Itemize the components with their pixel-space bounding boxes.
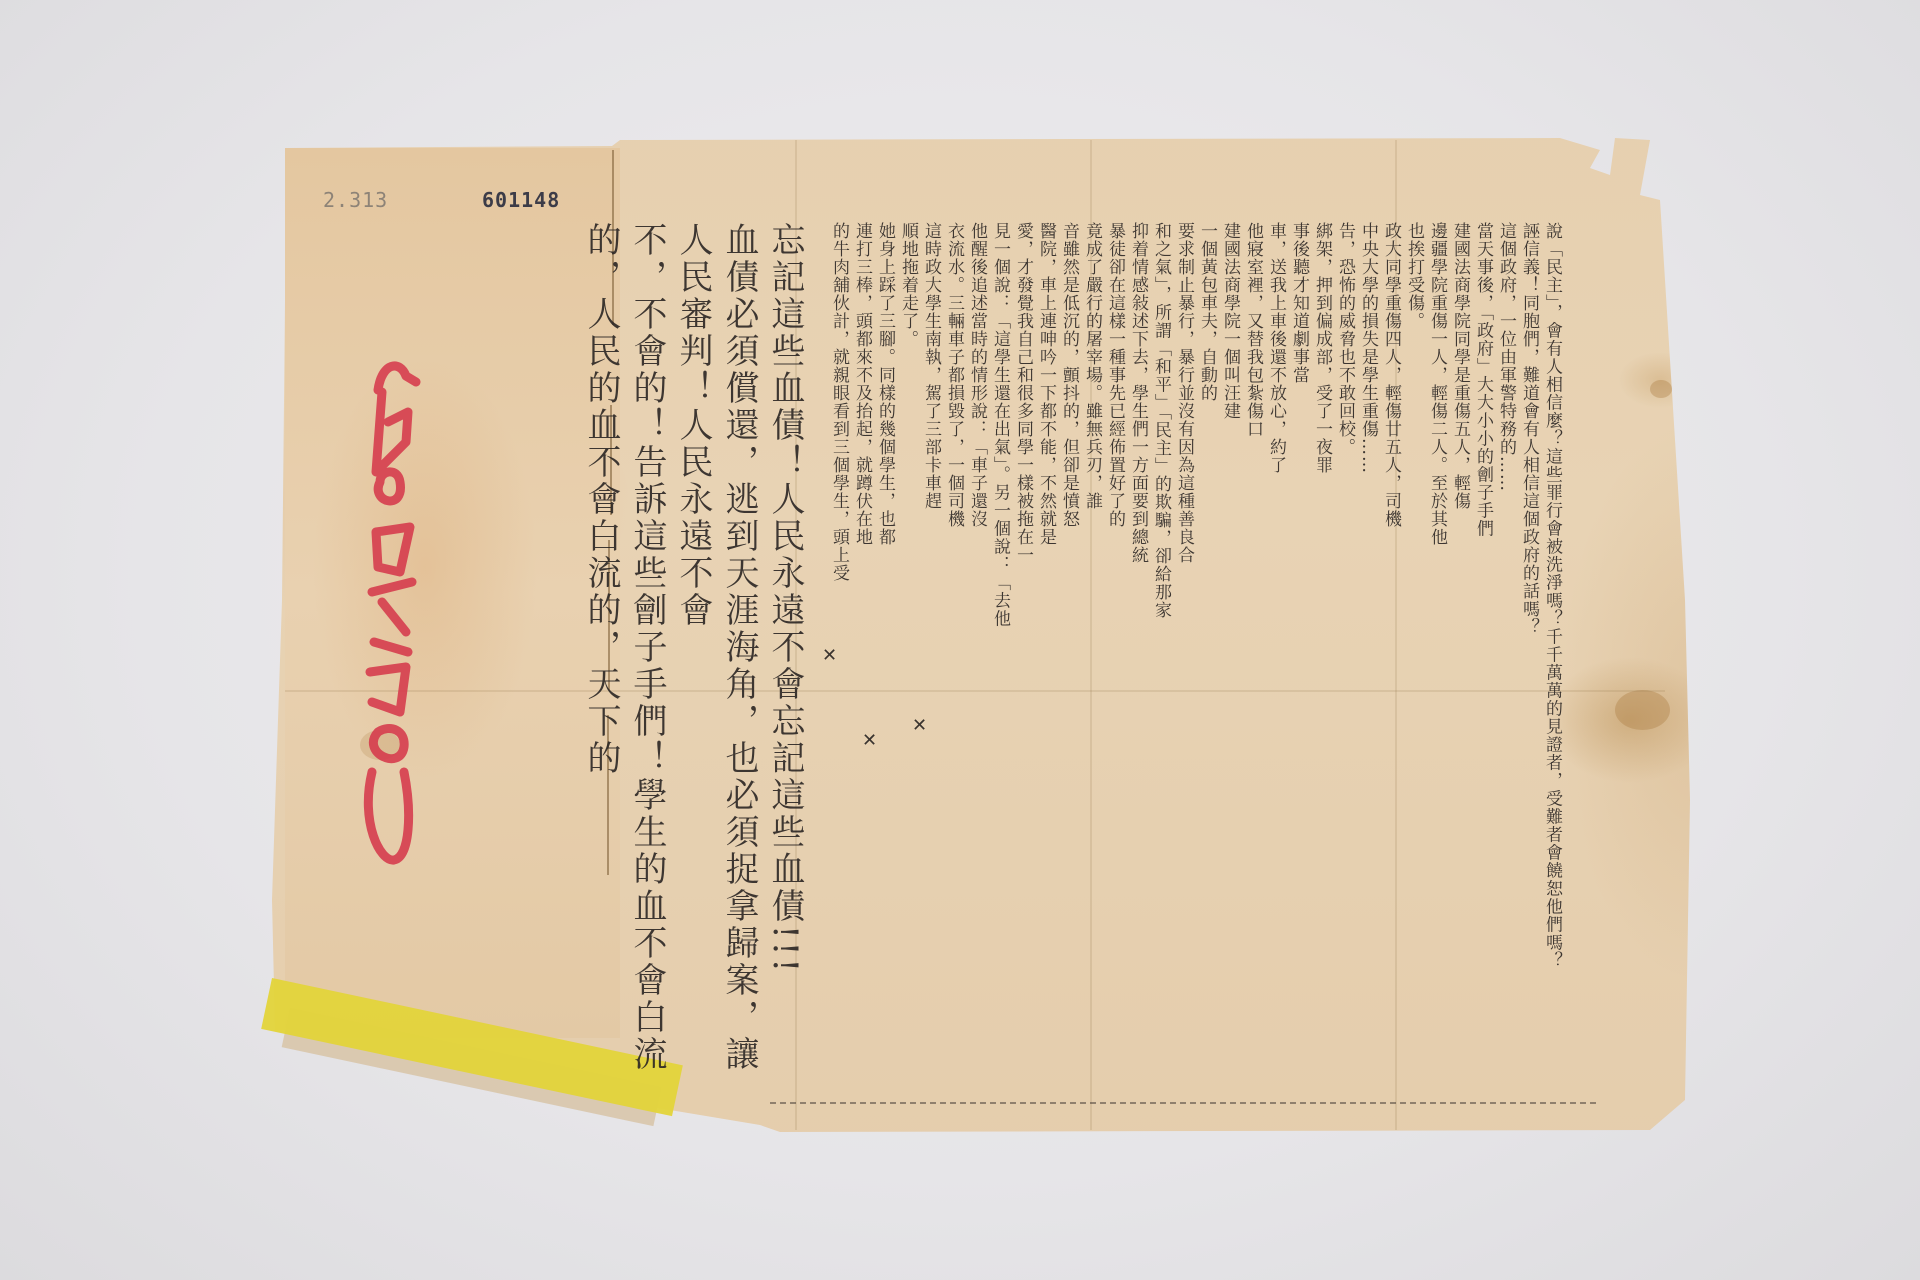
text-column: 中央大學的損失是學生重傷…… [1356,222,1379,1082]
text-column: 也挨打受傷。 [1402,222,1425,1082]
text-column: 邊疆學院重傷一人，輕傷二人。至於其他 [1425,222,1448,1082]
text-column: 建國法商學院一個叫汪建 [1218,222,1241,1082]
text-column: 連打三棒，頭都來不及抬起，就蹲伏在地 [850,222,873,1082]
text-column: 一個黃包車夫，自動的 [1195,222,1218,1082]
body-text: 說「民主」，會有人相信麼？這些罪行會被洗淨嗎？千千萬萬的見證者，受難者會饒恕他們… [808,222,1563,1082]
text-column: 竟成了嚴行的屠宰場。雖無兵刃，誰 [1080,222,1103,1082]
text-column: 要求制止暴行，暴行並沒有因為這種善良合 [1172,222,1195,1082]
text-column: 這時政大學生南執，駕了三部卡車趕 [919,222,942,1082]
text-column: 當天事後，「政府」大大小小的劊子手們 [1471,222,1494,1082]
text-column: 抑着情感敍述下去，學生們一方面要到總統 [1126,222,1149,1082]
text-column: 暴徒卻在這樣一種事先已經佈置好了的 [1103,222,1126,1082]
pencil-archive-number: 2.313 [323,188,388,212]
closing-slogans: 忘記這些血債！人民永遠不會忘記這些血債!!! 血債必須償還，逃到天涯海角，也必須… [628,222,808,1082]
slogan-line: 血債必須償還，逃到天涯海角，也必須捉拿歸案，讓人民審判！人民永遠不會 [670,222,762,1082]
text-column: 誣信義！同胞們，難道會有人相信這個政府的話嗎？ [1517,222,1540,1082]
stamped-archive-number: 601148 [482,188,560,212]
text-column: 她身上踩了三腳。同樣的幾個學生，也都 [873,222,896,1082]
text-column: 綁架，押到偏成部，受了一夜罪 [1310,222,1333,1082]
photo-background: 2.313 601148 忘記這些血債！人民永遠不會忘記這些血債!!! 血債必須… [0,0,1920,1280]
text-column: 音雖然是低沉的，顫抖的，但卻是憤怒 [1057,222,1080,1082]
water-stain [1615,690,1670,730]
slogan-line: 不，不會的！告訴這些劊子手們！學生的血不會白流的，人民的血不會白流的，天下的 [578,222,670,1082]
text-column: 醫院，車上連呻吟一下都不能，不然就是 [1034,222,1057,1082]
separator-star-icon: ✕ [912,715,927,736]
red-seal-stamp [360,352,430,872]
text-column: 他醒後追述當時的情形說：「車子還沒 [965,222,988,1082]
text-column: 事後聽才知道劇事當 [1287,222,1310,1082]
text-column: 告，恐怖的威脅也不敢回校。 [1333,222,1356,1082]
text-column: 說「民主」，會有人相信麼？這些罪行會被洗淨嗎？千千萬萬的見證者，受難者會饒恕他們… [1540,222,1563,1082]
slogan-line: 忘記這些血債！人民永遠不會忘記這些血債!!! [762,222,808,1082]
separator-star-icon: ✕ [822,645,837,666]
text-column: 和之氣」，所謂「和平」「民主」的欺騙，卻給那家 [1149,222,1172,1082]
separator-star-icon: ✕ [862,730,877,751]
text-column: 愛，才發覺我自己和很多同學一樣被拖在一 [1011,222,1034,1082]
text-column: 這個政府，一位由軍警特務的…… [1494,222,1517,1082]
text-column: 順地拖着走了。 [896,222,919,1082]
text-column: 衣流水。三輛車子都損毀了，一個司機 [942,222,965,1082]
text-column: 建國法商學院同學是重傷五人，輕傷 [1448,222,1471,1082]
text-column: 車，送我上車後還不放心，約了 [1264,222,1287,1082]
left-margin-flap [285,148,620,1038]
bottom-ruled-line [770,1102,1600,1104]
text-column: 政大同學重傷四人，輕傷廿五人，司機 [1379,222,1402,1082]
text-column: 他寢室裡，又替我包紮傷口 [1241,222,1264,1082]
text-column: 見一個說：「這學生還在出氣」。另一個說：「去他 [988,222,1011,1082]
water-stain [1650,380,1672,398]
